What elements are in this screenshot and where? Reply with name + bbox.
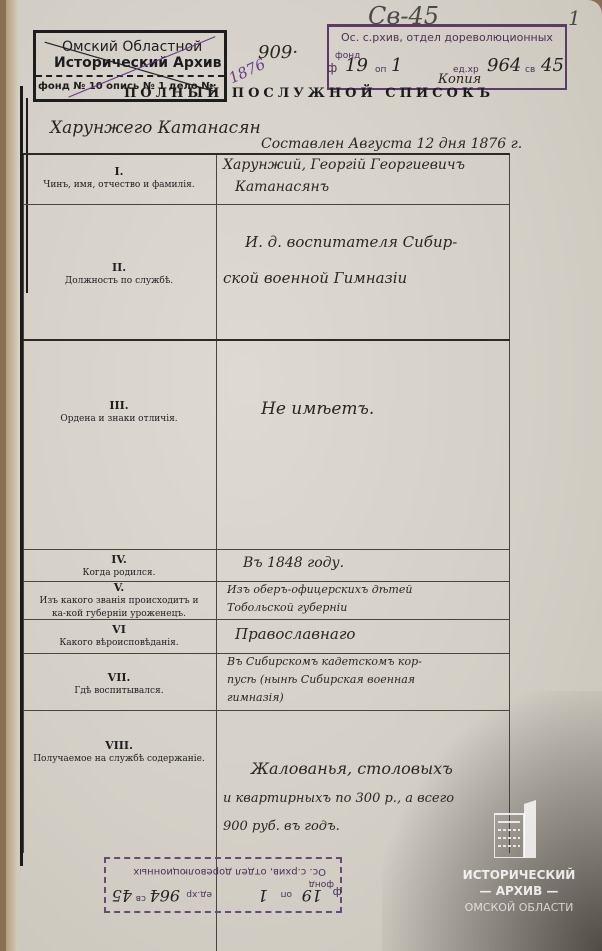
building-icon	[494, 800, 540, 858]
form-row-value: И. д. воспитателя Сибир-	[245, 233, 457, 251]
form-row-value: Харунжий, Георгій Георгиевичъ	[223, 157, 465, 173]
form-row-value: Тобольской губерніи	[227, 601, 347, 614]
form-row-value: пусѣ (нынѣ Сибирская военная	[227, 673, 415, 686]
form-row-value: 900 руб. въ годъ.	[223, 819, 340, 834]
document-title: ПОЛНЫЙ ПОСЛУЖНОЙ СПИСОКЪ	[124, 86, 494, 101]
opis-label: оп	[281, 889, 292, 899]
page-edge	[6, 0, 18, 951]
sv-value: 45	[112, 886, 132, 905]
corner-mark: 1	[568, 6, 581, 30]
row-divider	[23, 204, 510, 205]
page-number-mark: 909·	[258, 42, 298, 63]
form-row-value: ской военной Гимназіи	[223, 269, 407, 287]
compiled-note: Составлен Августа 12 дня 1876 г.	[261, 136, 522, 152]
sv-label: св	[136, 893, 146, 903]
form-row-value: Катанасянъ	[235, 179, 329, 195]
item-value: 964	[149, 886, 180, 905]
row-divider	[23, 549, 510, 550]
watermark-line-1: ИСТОРИЧЕСКИЙ	[454, 868, 584, 882]
form-row-value: Въ Сибирскомъ кадетскомъ кор-	[227, 655, 422, 668]
archive-watermark: ИСТОРИЧЕСКИЙ — АРХИВ — ОМСКОЙ ОБЛАСТИ	[454, 800, 584, 920]
stamp-header: Ос. с.рхив, отдел дореволюционных	[133, 866, 326, 877]
form-row-label: II.Должность по службѣ.	[23, 261, 215, 288]
document-page: Св-45 909· 1876 1 Омский Областной Истор…	[6, 0, 602, 951]
opis-label: оп	[375, 65, 386, 75]
row-divider	[23, 153, 510, 155]
form-row-value: Изъ оберъ-офицерскихъ дѣтей	[227, 583, 412, 596]
fond-prefix: ф	[327, 61, 337, 75]
form-row-value: Въ 1848 году.	[243, 555, 344, 571]
form-row-label: VII.Гдѣ воспитывался.	[23, 671, 215, 698]
form-row-value: Не имѣетъ.	[261, 399, 374, 419]
fond-value: 19	[302, 886, 322, 905]
item-value: 964	[487, 55, 521, 76]
watermark-line-2: — АРХИВ —	[454, 884, 584, 898]
sv-label: св	[525, 65, 535, 75]
form-row-label: I.Чинъ, имя, отчество и фамилія.	[23, 165, 215, 192]
row-divider	[23, 339, 510, 341]
stamp-header: Ос. с.рхив, отдел дореволюционных	[341, 31, 553, 44]
form-row-label: III.Ордена и знаки отличія.	[23, 399, 215, 426]
form-row-value: Православнаго	[235, 625, 355, 643]
sv-value: 45	[541, 55, 564, 76]
fond-prefix: ф	[333, 886, 342, 899]
item-label: ед.хр	[186, 889, 212, 899]
opis-value: 1	[391, 55, 402, 76]
row-divider	[23, 653, 510, 654]
form-row-label: IV.Когда родился.	[23, 553, 215, 580]
archive-stamp-inverted: Ос. с.рхив, отдел дореволюционных ф фонд…	[104, 857, 342, 913]
fond-value: 19	[345, 55, 368, 76]
copy-note: Копия	[438, 72, 481, 87]
table-column-divider	[216, 153, 217, 951]
form-row-label: V.Изъ какого званія происходитъ и ка-кой…	[23, 581, 215, 621]
form-row-label: VIКакого вѣроисповѣданія.	[23, 623, 215, 650]
form-row-value: гимназія)	[227, 691, 284, 704]
violet-mark: 1876	[226, 55, 268, 87]
opis-value: 1	[258, 886, 268, 905]
form-row-label: VIII.Получаемое на службѣ содержаніе.	[23, 739, 215, 766]
watermark-line-3: ОМСКОЙ ОБЛАСТИ	[454, 901, 584, 914]
subject-heading: Харунжего Катанасян	[50, 118, 261, 138]
